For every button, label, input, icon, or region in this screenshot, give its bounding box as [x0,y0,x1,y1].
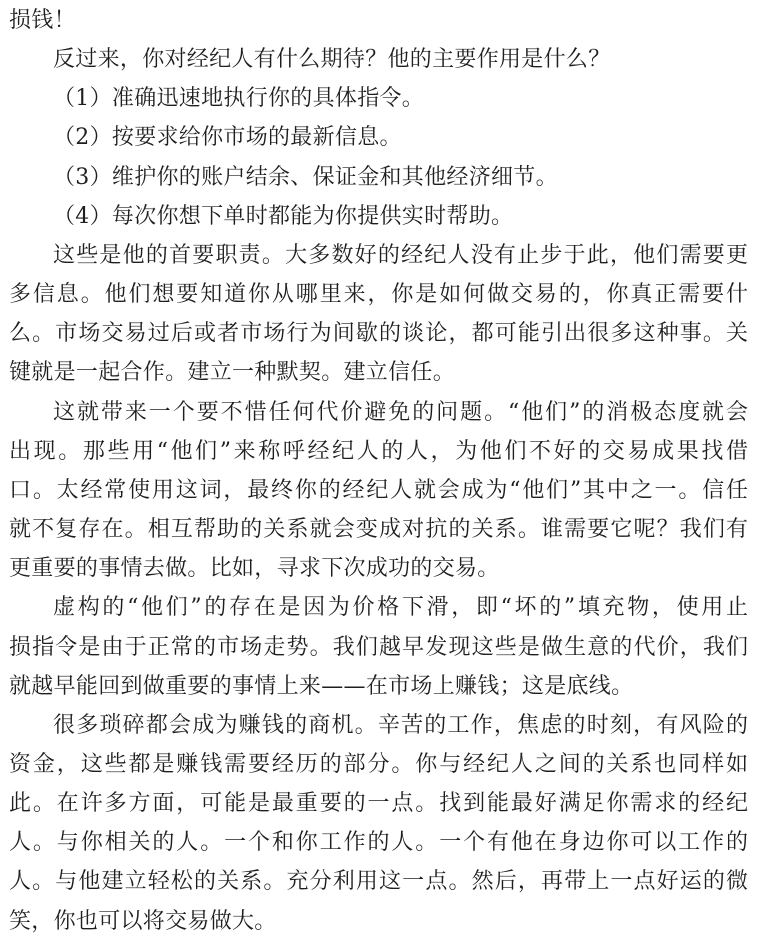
text-line: 反过来，你对经纪人有什么期待？他的主要作用是什么？ [9,40,748,79]
page-text: 损钱！反过来，你对经纪人有什么期待？他的主要作用是什么？（1）准确迅速地执行你的… [9,1,748,941]
text-line: （3）维护你的账户结余、保证金和其他经济细节。 [9,158,748,197]
text-line: 损指令是由于正常的市场走势。我们越早发现这些是做生意的代价，我们 [9,628,748,667]
text-line: 虚构的“他们”的存在是因为价格下滑，即“坏的”填充物，使用止 [9,588,748,627]
text-line: 很多琐碎都会成为赚钱的商机。辛苦的工作，焦虑的时刻，有风险的 [9,706,748,745]
book-page: 损钱！反过来，你对经纪人有什么期待？他的主要作用是什么？（1）准确迅速地执行你的… [0,0,758,942]
text-line: 么。市场交易过后或者市场行为间歇的谈论，都可能引出很多这种事。关 [9,314,748,353]
text-line: 就不复存在。相互帮助的关系就会变成对抗的关系。谁需要它呢？我们有 [9,510,748,549]
text-line: 资金，这些都是赚钱需要经历的部分。你与经纪人之间的关系也同样如 [9,745,748,784]
text-line: 这就带来一个要不惜任何代价避免的问题。“他们”的消极态度就会 [9,393,748,432]
text-line: 人。与他建立轻松的关系。充分利用这一点。然后，再带上一点好运的微 [9,862,748,901]
text-line: 多信息。他们想要知道你从哪里来，你是如何做交易的，你真正需要什 [9,275,748,314]
text-line: 口。太经常使用这词，最终你的经纪人就会成为“他们”其中之一。信任 [9,471,748,510]
text-line: 出现。那些用“他们”来称呼经纪人的人，为他们不好的交易成果找借 [9,432,748,471]
text-line: 就越早能回到做重要的事情上来——在市场上赚钱；这是底线。 [9,667,748,706]
text-line: 更重要的事情去做。比如，寻求下次成功的交易。 [9,549,748,588]
text-line: 人。与你相关的人。一个和你工作的人。一个有他在身边你可以工作的 [9,823,748,862]
text-line: （2）按要求给你市场的最新信息。 [9,118,748,157]
text-line: 笑，你也可以将交易做大。 [9,902,748,941]
text-line: 这些是他的首要职责。大多数好的经纪人没有止步于此，他们需要更 [9,236,748,275]
text-line: （4）每次你想下单时都能为你提供实时帮助。 [9,197,748,236]
text-line: （1）准确迅速地执行你的具体指令。 [9,79,748,118]
text-line: 损钱！ [9,1,748,40]
text-line: 键就是一起合作。建立一种默契。建立信任。 [9,353,748,392]
text-line: 此。在许多方面，可能是最重要的一点。找到能最好满足你需求的经纪 [9,784,748,823]
